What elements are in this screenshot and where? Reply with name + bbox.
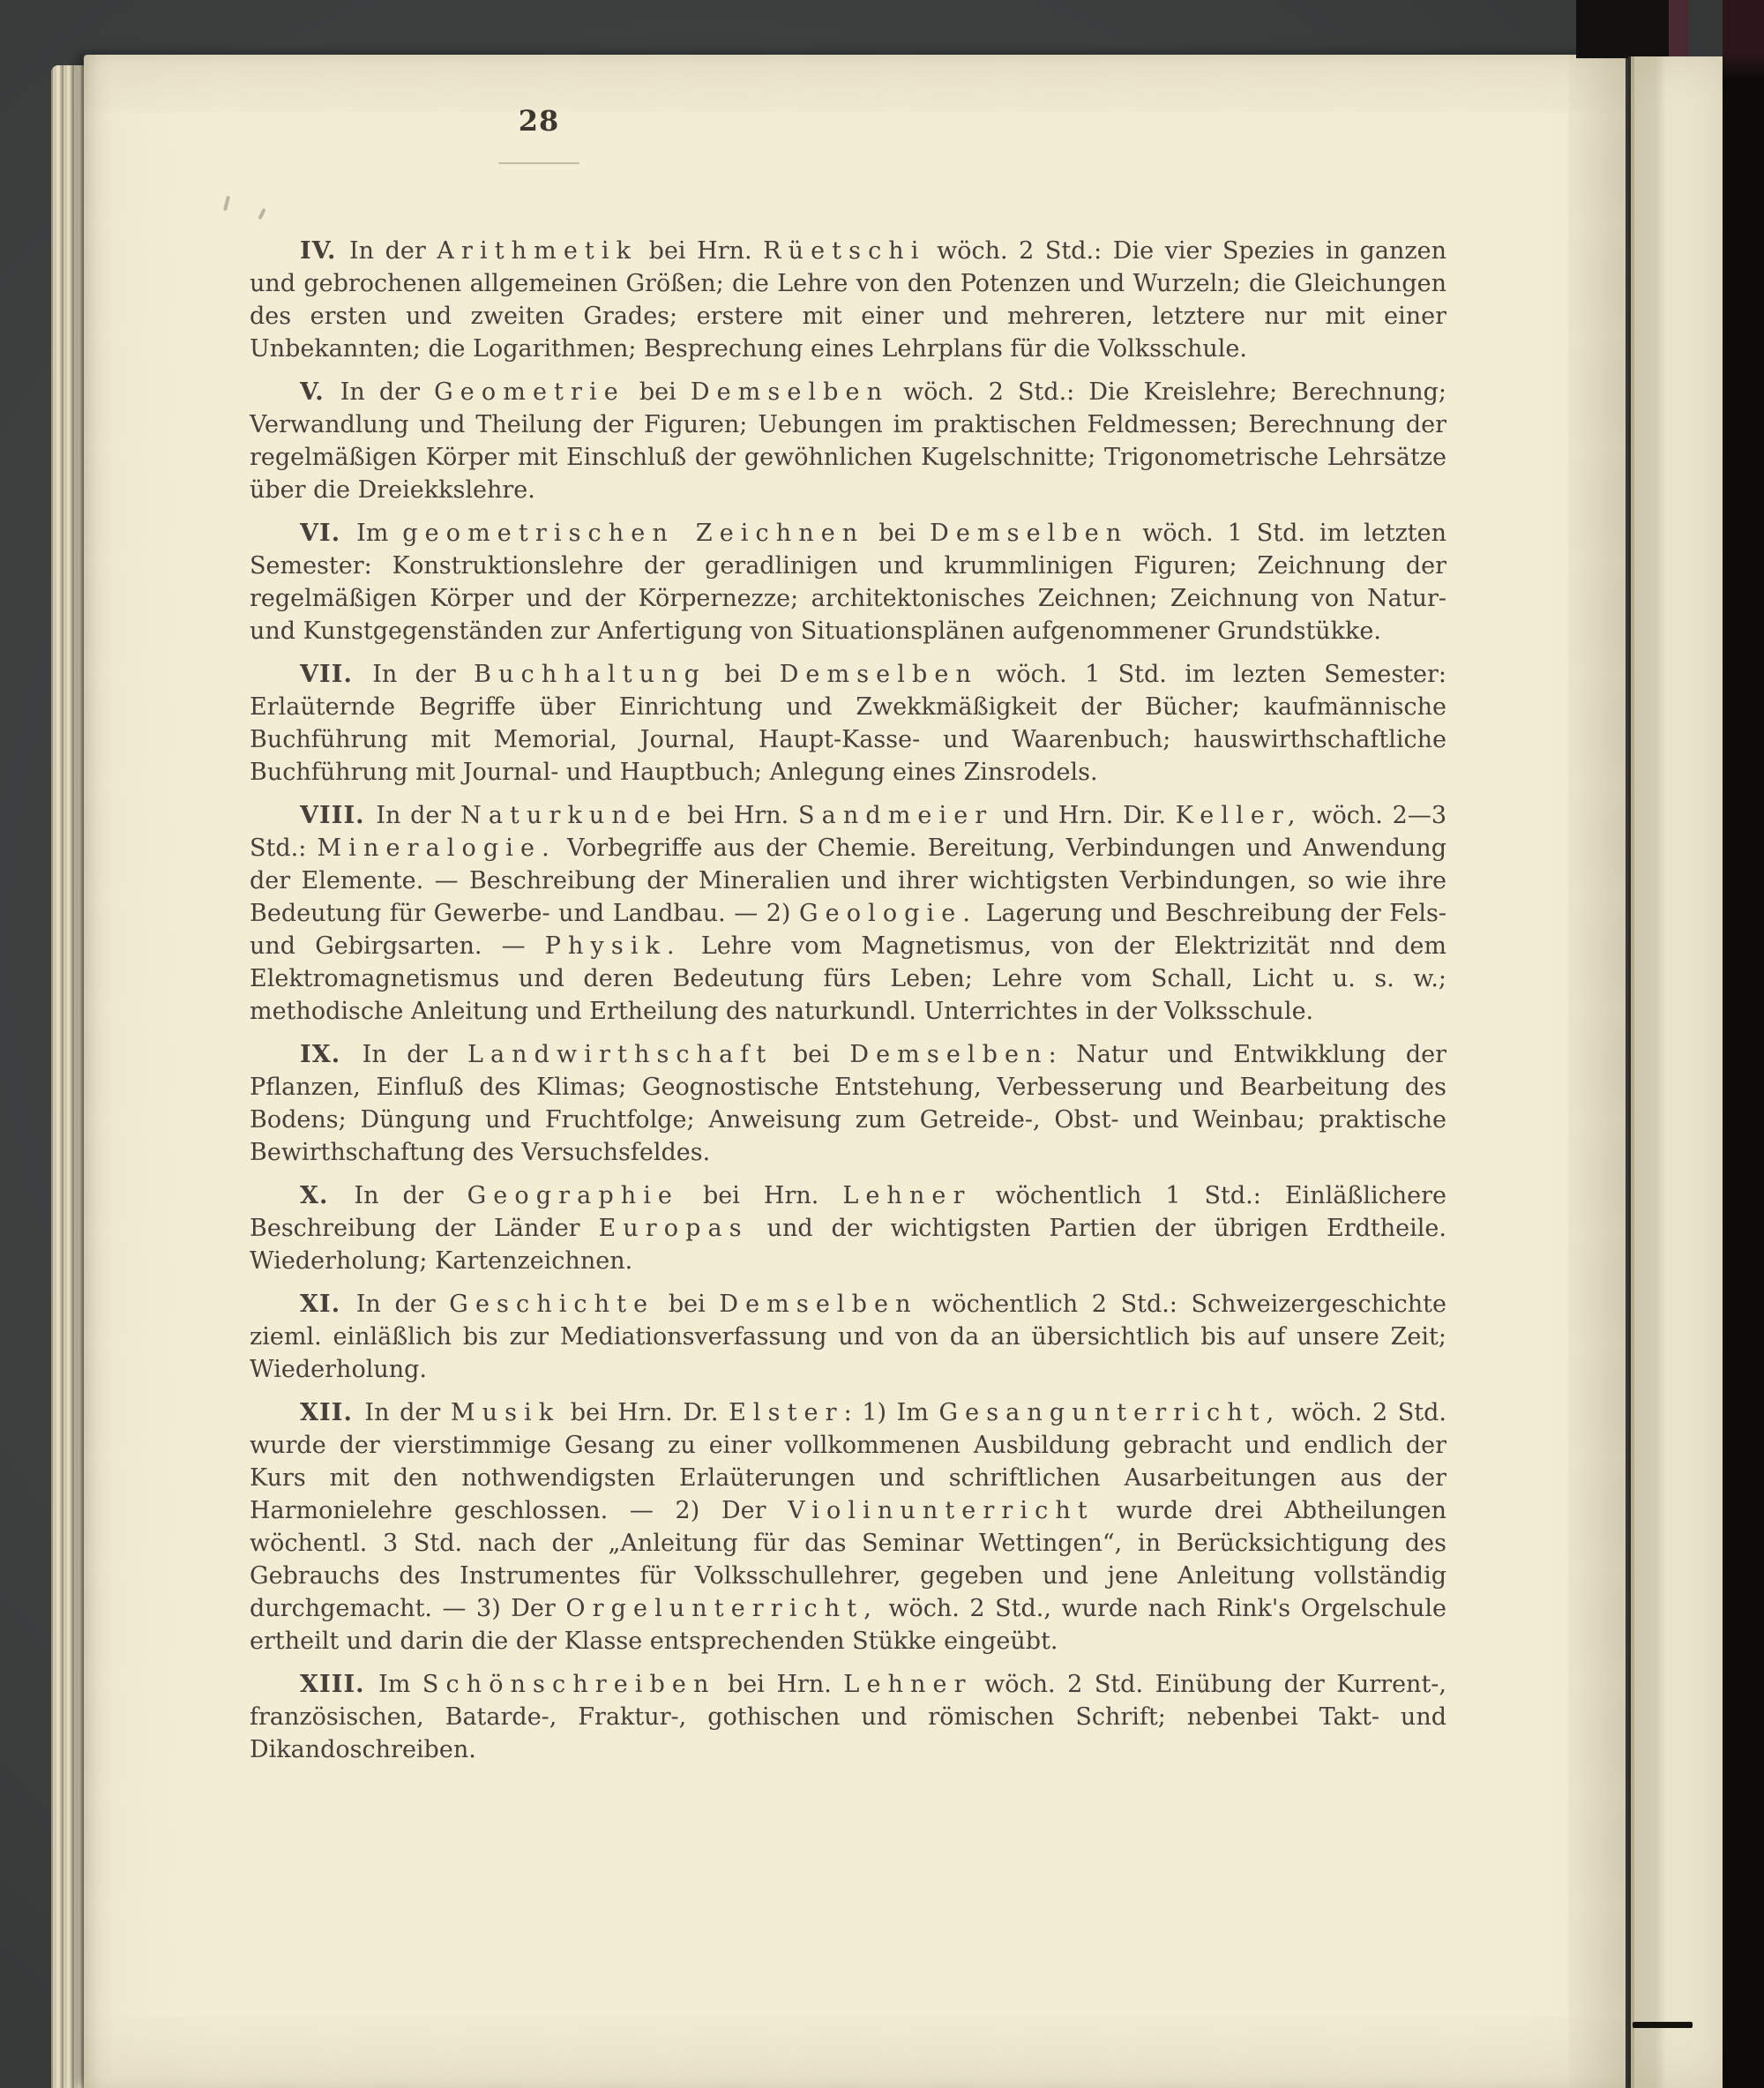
- paragraph-number: VI.: [300, 520, 356, 547]
- emphasized-text: Demselben: [691, 378, 889, 406]
- emphasized-text: Schönschreiben: [422, 1671, 716, 1698]
- page-number-rule: [498, 162, 579, 164]
- paragraph-number: XII.: [300, 1399, 364, 1426]
- emphasized-text: Geometrie: [434, 378, 625, 406]
- pen-mark: [223, 196, 230, 211]
- emphasized-text: Rüetschi: [763, 237, 925, 265]
- body-text: bei Hrn.: [715, 1671, 843, 1698]
- emphasized-text: Geschichte: [449, 1291, 654, 1318]
- paragraph: XI. In der Geschichte bei Demselben wöch…: [250, 1288, 1446, 1386]
- paragraph-number: IX.: [300, 1041, 363, 1068]
- pen-mark: [258, 208, 265, 220]
- body-text: Im: [378, 1671, 422, 1698]
- paragraph-number: X.: [300, 1182, 354, 1209]
- emphasized-text: Violinunterricht: [788, 1497, 1095, 1524]
- body-text: : 1) Im: [844, 1399, 939, 1426]
- paragraph: VIII. In der Naturkunde bei Hrn. Sandmei…: [250, 799, 1446, 1028]
- body-text: bei Hrn.: [677, 802, 798, 829]
- emphasized-text: Physik.: [545, 932, 682, 960]
- paragraph-number: VII.: [300, 661, 372, 688]
- facing-page-edge: [1628, 56, 1725, 2088]
- emphasized-text: Buchhaltung: [474, 661, 706, 688]
- emphasized-text: geometrischen Zeichnen: [402, 520, 864, 547]
- body-text: bei: [864, 520, 930, 547]
- page-header: 28: [460, 104, 618, 164]
- emphasized-text: Lehner: [842, 1182, 971, 1209]
- emphasized-text: Keller,: [1176, 802, 1303, 829]
- paragraph: IV. In der Arithmetik bei Hrn. Rüetschi …: [250, 235, 1446, 365]
- body-text: In der: [356, 1291, 450, 1318]
- scan-background: 28 IV. In der Arithmetik bei Hrn. Rüetsc…: [0, 0, 1764, 2088]
- body-text: Im: [356, 520, 402, 547]
- paragraph: V. In der Geometrie bei Demselben wöch. …: [250, 376, 1446, 506]
- emphasized-text: Demselben: [930, 520, 1128, 547]
- paragraph: VI. Im geometrischen Zeichnen bei Demsel…: [250, 517, 1446, 647]
- body-text: bei Hrn.: [679, 1182, 842, 1209]
- body-text: In der: [364, 1399, 450, 1426]
- body-text: und Hrn. Dir.: [993, 802, 1175, 829]
- binding-gap-top: [1576, 0, 1689, 58]
- paragraph-number: XIII.: [300, 1671, 378, 1698]
- body-text: bei: [625, 378, 691, 406]
- body-text: In der: [363, 1041, 467, 1068]
- body-text: bei: [773, 1041, 849, 1068]
- paragraph: X. In der Geographie bei Hrn. Lehner wöc…: [250, 1179, 1446, 1277]
- paragraph: VII. In der Buchhaltung bei Demselben wö…: [250, 658, 1446, 789]
- text-block: IV. In der Arithmetik bei Hrn. Rüetschi …: [250, 235, 1446, 1777]
- facing-page-mark: [1633, 2022, 1693, 2028]
- emphasized-text: Demselben: [719, 1291, 917, 1318]
- emphasized-text: Naturkunde: [460, 802, 677, 829]
- emphasized-text: Arithmetik: [437, 237, 638, 265]
- emphasized-text: Lehner: [843, 1671, 972, 1698]
- emphasized-text: Landwirthschaft: [467, 1041, 773, 1068]
- book-binding: [1723, 0, 1764, 2088]
- paragraph: IX. In der Landwirthschaft bei Demselben…: [250, 1038, 1446, 1169]
- emphasized-text: Europas: [598, 1215, 748, 1242]
- body-text: In der: [354, 1182, 467, 1209]
- emphasized-text: Mineralogie.: [318, 834, 557, 862]
- body-text: In der: [376, 802, 460, 829]
- paragraph-number: XI.: [300, 1291, 356, 1318]
- emphasized-text: Elster: [729, 1399, 844, 1426]
- page-number: 28: [460, 104, 618, 138]
- paragraph: XIII. Im Schönschreiben bei Hrn. Lehner …: [250, 1668, 1446, 1766]
- emphasized-text: Musik: [451, 1399, 560, 1426]
- emphasized-text: Geologie.: [799, 900, 977, 927]
- emphasized-text: Sandmeier: [798, 802, 993, 829]
- book-page: 28 IV. In der Arithmetik bei Hrn. Rüetsc…: [84, 55, 1626, 2088]
- emphasized-text: Orgelunterricht,: [565, 1595, 878, 1622]
- paragraph-number: IV.: [300, 237, 349, 265]
- body-text: In der: [340, 378, 434, 406]
- emphasized-text: Demselben: [780, 661, 978, 688]
- body-text: bei Hrn.: [638, 237, 763, 265]
- paragraph-number: VIII.: [300, 802, 376, 829]
- body-text: In der: [372, 661, 474, 688]
- body-text: bei: [706, 661, 780, 688]
- body-text: In der: [349, 237, 437, 265]
- body-text: bei Hrn. Dr.: [560, 1399, 729, 1426]
- paragraph-number: V.: [300, 378, 340, 406]
- body-text: bei: [654, 1291, 719, 1318]
- emphasized-text: Demselben: [849, 1041, 1048, 1068]
- emphasized-text: Gesangunterricht,: [938, 1399, 1281, 1426]
- paragraph: XII. In der Musik bei Hrn. Dr. Elster: 1…: [250, 1396, 1446, 1658]
- emphasized-text: Geographie: [467, 1182, 679, 1209]
